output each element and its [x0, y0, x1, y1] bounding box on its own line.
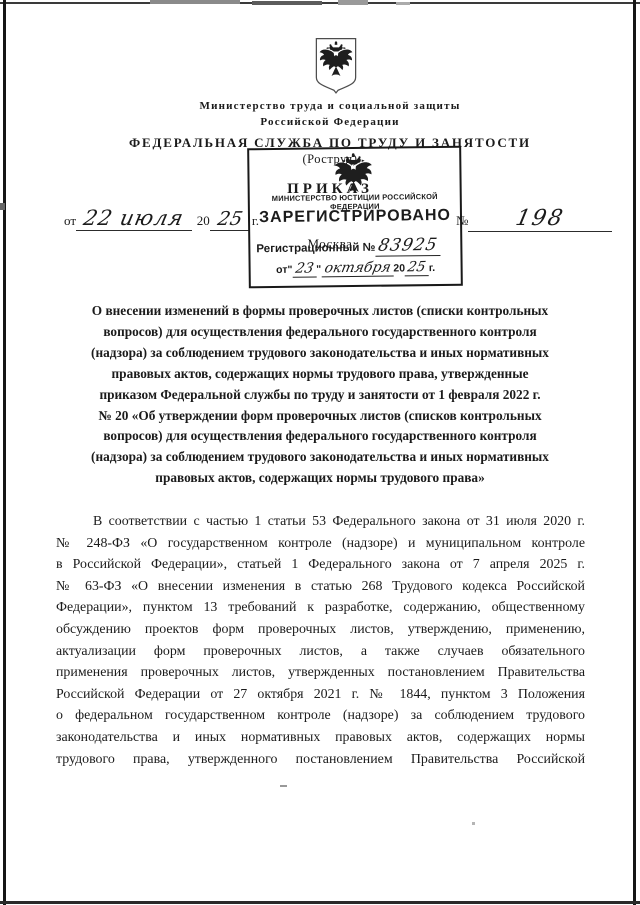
scan-artifact: [338, 0, 368, 5]
registration-stamp: МИНИСТЕРСТВО ЮСТИЦИИ РОССИЙСКОЙ ФЕДЕРАЦИ…: [247, 146, 463, 289]
ministry-name-line1: Министерство труда и социальной защиты: [25, 98, 635, 114]
order-body-line: Российской Федерации от 27 октября 2021 …: [56, 684, 585, 706]
scan-artifact: [472, 822, 475, 825]
year-printed-label: 20: [197, 213, 210, 229]
scan-artifact: [150, 0, 240, 4]
order-title-line: (надзора) за соблюдением трудового закон…: [56, 447, 584, 468]
order-body-line: № 63-ФЗ «О внесении изменения в статью 2…: [56, 576, 585, 598]
year-underline: 25: [210, 208, 250, 231]
order-body-line: трудового права, утвержденного постановл…: [56, 749, 585, 771]
order-title-line: вопросов) для осуществления федерального…: [56, 322, 584, 343]
stamp-date-field: от " 23 " октября 20 25 г.: [251, 259, 461, 279]
order-title-line: № 20 «Об утверждении форм проверочных ли…: [56, 406, 584, 427]
order-title: О внесении изменений в формы проверочных…: [56, 301, 584, 489]
order-title-line: вопросов) для осуществления федерального…: [56, 426, 584, 447]
coat-of-arms-icon: [310, 36, 362, 98]
handwritten-stamp-year: 25: [406, 259, 427, 275]
order-body-line: актуализации форм проверочных листов, а …: [56, 641, 585, 663]
handwritten-date: 22 июля: [81, 206, 186, 230]
registration-number-underline: 83925: [375, 235, 440, 257]
handwritten-year: 25: [215, 208, 244, 230]
order-body-paragraph: В соответствии с частью 1 статьи 53 Феде…: [56, 511, 585, 770]
handwritten-stamp-month: октября: [323, 260, 392, 277]
page-edge-bottom: [0, 901, 640, 904]
scan-artifact: [0, 203, 5, 210]
order-date-field: от 22 июля 20 25 г.: [64, 206, 259, 231]
order-title-line: (надзора) за соблюдением трудового закон…: [56, 343, 584, 364]
stamp-registration-number-field: Регистрационный № 83925: [256, 235, 440, 258]
stamp-month-underline: октября: [321, 260, 393, 278]
order-body-line: законодательства и иных нормативных прав…: [56, 727, 585, 749]
order-title-line: правовых актов, содержащих нормы трудово…: [56, 364, 584, 385]
scan-artifact: [280, 785, 287, 787]
stamp-date-prefix: от: [276, 264, 287, 276]
order-body-line: В соответствии с частью 1 статьи 53 Феде…: [56, 511, 585, 533]
ministry-name: Министерство труда и социальной защиты Р…: [25, 98, 635, 130]
page-edge-left: [3, 0, 6, 905]
ministry-name-line2: Российской Федерации: [25, 114, 635, 130]
stamp-year-printed: 20: [393, 262, 405, 274]
order-title-line: правовых актов, содержащих нормы трудово…: [56, 468, 584, 489]
order-body-line: применения проверочных листов, утвержден…: [56, 662, 585, 684]
letterhead-emblem: [310, 36, 362, 98]
order-title-line: О внесении изменений в формы проверочных…: [56, 301, 584, 322]
order-number-field: № 198: [456, 206, 612, 232]
date-underline: 22 июля: [76, 206, 192, 231]
order-body-line: в Российской Федерации», статьей 1 Федер…: [56, 554, 585, 576]
handwritten-number: 198: [514, 206, 567, 231]
stamp-day-underline: 23: [292, 260, 316, 277]
number-underline: 198: [468, 206, 612, 232]
date-prefix-label: от: [64, 213, 76, 229]
stamp-date-suffix: г.: [429, 262, 435, 274]
handwritten-stamp-day: 23: [294, 260, 315, 276]
registration-number-label: Регистрационный №: [256, 242, 375, 255]
order-title-line: приказом Федеральной службы по труду и з…: [56, 385, 584, 406]
stamp-eagle-icon: [329, 152, 378, 199]
handwritten-registration-number: 83925: [376, 235, 439, 256]
scan-artifact: [252, 1, 322, 5]
order-body-line: Федерации», пунктом 13 требований к разр…: [56, 597, 585, 619]
stamp-year-underline: 25: [405, 259, 429, 276]
document-page: Министерство труда и социальной защиты Р…: [0, 0, 640, 905]
order-body-line: о федеральном государственном контроле (…: [56, 705, 585, 727]
order-body-line: обсуждению проектов форм проверочных лис…: [56, 619, 585, 641]
order-body-line: № 248-ФЗ «О государственном контроле (на…: [56, 533, 585, 555]
scan-artifact: [396, 2, 410, 5]
stamp-status: ЗАРЕГИСТРИРОВАНО: [250, 207, 460, 228]
